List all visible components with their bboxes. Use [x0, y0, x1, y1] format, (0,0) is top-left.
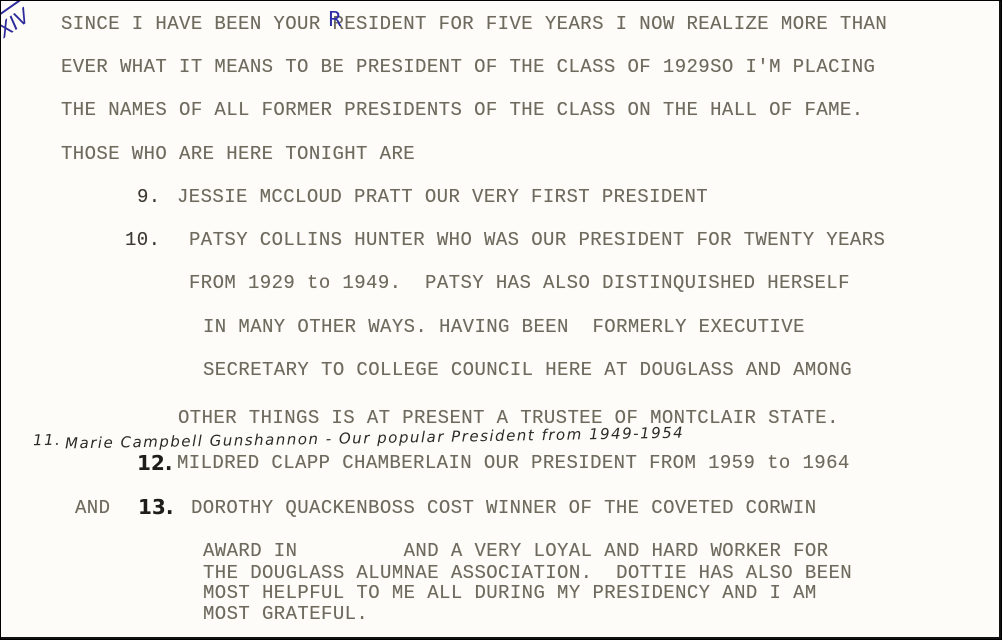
intro-line-3: THE NAMES OF ALL FORMER PRESIDENTS OF TH…	[61, 99, 864, 121]
president-13-line-3: THE DOUGLASS ALUMNAE ASSOCIATION. DOTTIE…	[203, 562, 852, 584]
president-10-line-1: PATSY COLLINS HUNTER WHO WAS OUR PRESIDE…	[189, 229, 885, 251]
president-12-line-1: MILDRED CLAPP CHAMBERLAIN OUR PRESIDENT …	[177, 452, 850, 474]
intro-line-4: THOSE WHO ARE HERE TONIGHT ARE	[61, 143, 415, 165]
president-10-number: 10.	[125, 229, 160, 251]
president-9-line-1: JESSIE MCCLOUD PRATT OUR VERY FIRST PRES…	[177, 186, 708, 208]
president-13-line-4: MOST HELPFUL TO ME ALL DURING MY PRESIDE…	[203, 582, 817, 604]
president-13-line-1: DOROTHY QUACKENBOSS COST WINNER OF THE C…	[191, 497, 817, 519]
handwritten-correction-r: R	[328, 7, 342, 31]
president-10-line-2: FROM 1929 to 1949. PATSY HAS ALSO DISTIN…	[189, 272, 850, 294]
president-10-line-3: IN MANY OTHER WAYS. HAVING BEEN FORMERLY…	[203, 316, 805, 338]
president-9-number: 9.	[137, 186, 161, 208]
president-13-line-2: AWARD IN AND A VERY LOYAL AND HARD WORKE…	[203, 540, 829, 562]
president-13-prefix: AND	[75, 497, 110, 519]
president-13-line-5: MOST GRATEFUL.	[203, 603, 368, 625]
president-10-line-4: SECRETARY TO COLLEGE COUNCIL HERE AT DOU…	[203, 359, 852, 381]
president-12-number: 12.	[137, 451, 172, 475]
president-11-handwritten-number: 11.	[33, 431, 62, 449]
president-13-number: 13.	[138, 495, 173, 519]
intro-line-2: EVER WHAT IT MEANS TO BE PRESIDENT OF TH…	[61, 56, 875, 78]
intro-line-1: SINCE I HAVE BEEN YOUR RESIDENT FOR FIVE…	[61, 13, 887, 35]
margin-roman-numeral-annotation: XIV	[1, 4, 34, 43]
typewritten-document-page: XIV SINCE I HAVE BEEN YOUR RESIDENT FOR …	[1, 1, 1001, 639]
